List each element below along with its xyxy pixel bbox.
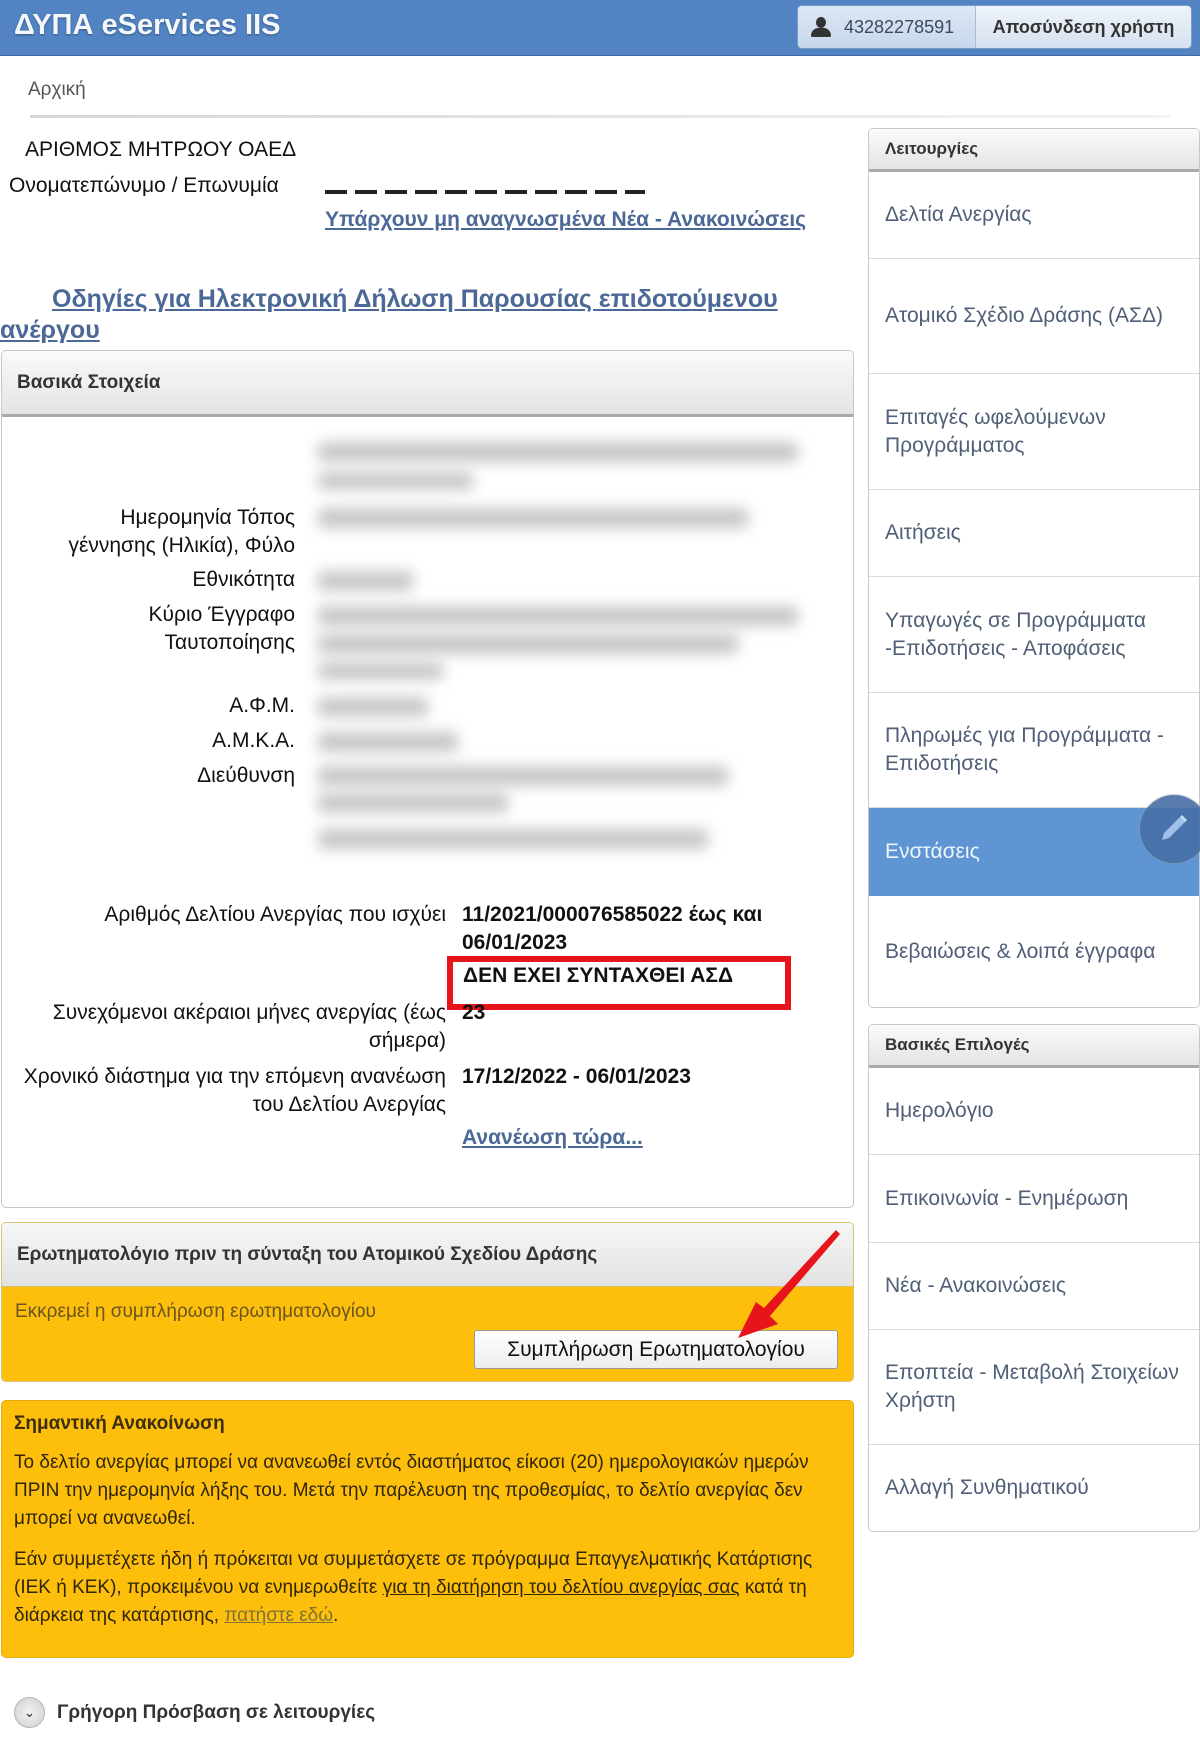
redacted-value — [318, 697, 428, 717]
asd-status: ΔΕΝ ΕΧΕΙ ΣΥΝΤΑΧΘΕΙ ΑΣΔ — [463, 964, 733, 988]
questionnaire-status: Εκκρεμεί η συμπλήρωση ερωτηματολογίου — [15, 1301, 376, 1323]
training-card-link[interactable]: για τη διατήρηση του δελτίου ανεργίας σα… — [383, 1577, 740, 1598]
unread-news-link[interactable]: Υπάρχουν μη αναγνωσμένα Νέα - Ανακοινώσε… — [325, 208, 806, 232]
edit-fab-button[interactable] — [1140, 795, 1200, 863]
renew-now-link[interactable]: Ανανέωση τώρα... — [462, 1126, 643, 1150]
name-label: Ονοματεπώνυμο / Επωνυμία — [9, 174, 279, 198]
redacted-value — [318, 442, 798, 462]
app-title: ΔΥΠΑ eServices IIS — [14, 9, 280, 42]
registry-number-label: ΑΡΙΘΜΟΣ ΜΗΤΡΩΟΥ ΟΑΕΔ — [25, 138, 296, 162]
afm-label: Α.Φ.Μ. — [60, 692, 295, 720]
notice-paragraph-2: Εάν συμμετέχετε ήδη ή πρόκειται να συμμε… — [14, 1546, 834, 1630]
chevron-down-icon: ⌄ — [14, 1697, 45, 1728]
amka-label: Α.Μ.Κ.Α. — [60, 727, 295, 755]
unemployment-months-label: Συνεχόμενοι ακέραιοι μήνες ανεργίας (έως… — [20, 999, 446, 1055]
redacted-value — [318, 634, 738, 654]
renewal-period-label: Χρονικό διάστημα για την επόμενη ανανέωσ… — [20, 1063, 446, 1119]
quick-access-label: Γρήγορη Πρόσβαση σε λειτουργίες — [57, 1702, 375, 1724]
redacted-value — [318, 793, 508, 813]
redacted-value — [318, 508, 748, 528]
sidebar-item-news[interactable]: Νέα - Ανακοινώσεις — [869, 1243, 1199, 1330]
sidebar-item-vouchers[interactable]: Επιταγές ωφελούμενων Προγράμματος — [869, 374, 1199, 490]
notice-paragraph-1: Το δελτίο ανεργίας μπορεί να ανανεωθεί ε… — [14, 1449, 834, 1533]
card-number-label: Αριθμός Δελτίου Ανεργίας που ισχύει — [20, 901, 446, 929]
pencil-icon — [1158, 812, 1190, 844]
unemployment-months-value: 23 — [462, 999, 485, 1027]
user-box: 43282278591 Αποσύνδεση χρήστη — [797, 5, 1192, 49]
arrow-annotation-icon — [720, 1220, 860, 1350]
functions-menu-title: Λειτουργίες — [869, 129, 1199, 172]
birth-info-label: Ημερομηνία Τόπος γέννησης (Ηλικία), Φύλο — [60, 504, 295, 560]
sidebar-item-contact[interactable]: Επικοινωνία - Ενημέρωση — [869, 1155, 1199, 1243]
user-id: 43282278591 — [844, 17, 954, 38]
redacted-value — [318, 829, 708, 849]
breadcrumb-home[interactable]: Αρχική — [28, 79, 86, 101]
name-value-redacted — [325, 176, 645, 194]
notice-title: Σημαντική Ανακοίνωση — [14, 1413, 225, 1435]
attendance-guide-link[interactable]: Οδηγίες για Ηλεκτρονική Δήλωση Παρουσίας… — [0, 284, 850, 346]
user-icon — [810, 17, 832, 37]
click-here-link[interactable]: πατήστε εδώ — [224, 1605, 333, 1626]
redacted-value — [318, 606, 798, 626]
address-label: Διεύθυνση — [60, 762, 295, 790]
quick-access-toggle[interactable]: ⌄ Γρήγορη Πρόσβαση σε λειτουργίες — [14, 1697, 375, 1728]
redacted-value — [318, 732, 458, 752]
id-document-label: Κύριο Έγγραφο Ταυτοποίησης — [60, 601, 295, 657]
sidebar-item-payments[interactable]: Πληρωμές για Προγράμματα - Επιδοτήσεις — [869, 693, 1199, 808]
redacted-value — [318, 571, 413, 591]
sidebar-item-change-password[interactable]: Αλλαγή Συνθηματικού — [869, 1445, 1199, 1531]
sidebar-item-calendar[interactable]: Ημερολόγιο — [869, 1068, 1199, 1155]
basic-info-title: Βασικά Στοιχεία — [2, 351, 853, 417]
card-number-value: 11/2021/000076585022 έως και 06/01/2023 — [462, 901, 822, 957]
breadcrumb-divider — [30, 115, 1170, 118]
basic-options-title: Βασικές Επιλογές — [869, 1025, 1199, 1068]
redacted-value — [318, 472, 473, 490]
renewal-period-value: 17/12/2022 - 06/01/2023 — [462, 1063, 691, 1091]
functions-menu: Λειτουργίες Δελτία Ανεργίας Ατομικό Σχέδ… — [868, 128, 1200, 1008]
redacted-value — [318, 662, 443, 680]
logout-button[interactable]: Αποσύνδεση χρήστη — [976, 6, 1191, 48]
nationality-label: Εθνικότητα — [60, 566, 295, 594]
sidebar-item-unemployment-cards[interactable]: Δελτία Ανεργίας — [869, 172, 1199, 259]
user-id-display: 43282278591 — [798, 6, 976, 48]
basic-options-menu: Βασικές Επιλογές Ημερολόγιο Επικοινωνία … — [868, 1024, 1200, 1532]
sidebar-item-certificates[interactable]: Βεβαιώσεις & λοιπά έγγραφα — [869, 896, 1199, 1008]
sidebar-item-applications[interactable]: Αιτήσεις — [869, 490, 1199, 577]
sidebar-item-user-details[interactable]: Εποπτεία - Μεταβολή Στοιχείων Χρήστη — [869, 1330, 1199, 1445]
sidebar-item-program-inclusions[interactable]: Υπαγωγές σε Προγράμματα -Επιδοτήσεις - Α… — [869, 577, 1199, 693]
redacted-value — [318, 766, 728, 786]
notice-text: . — [333, 1605, 338, 1626]
sidebar-item-action-plan[interactable]: Ατομικό Σχέδιο Δράσης (ΑΣΔ) — [869, 259, 1199, 374]
